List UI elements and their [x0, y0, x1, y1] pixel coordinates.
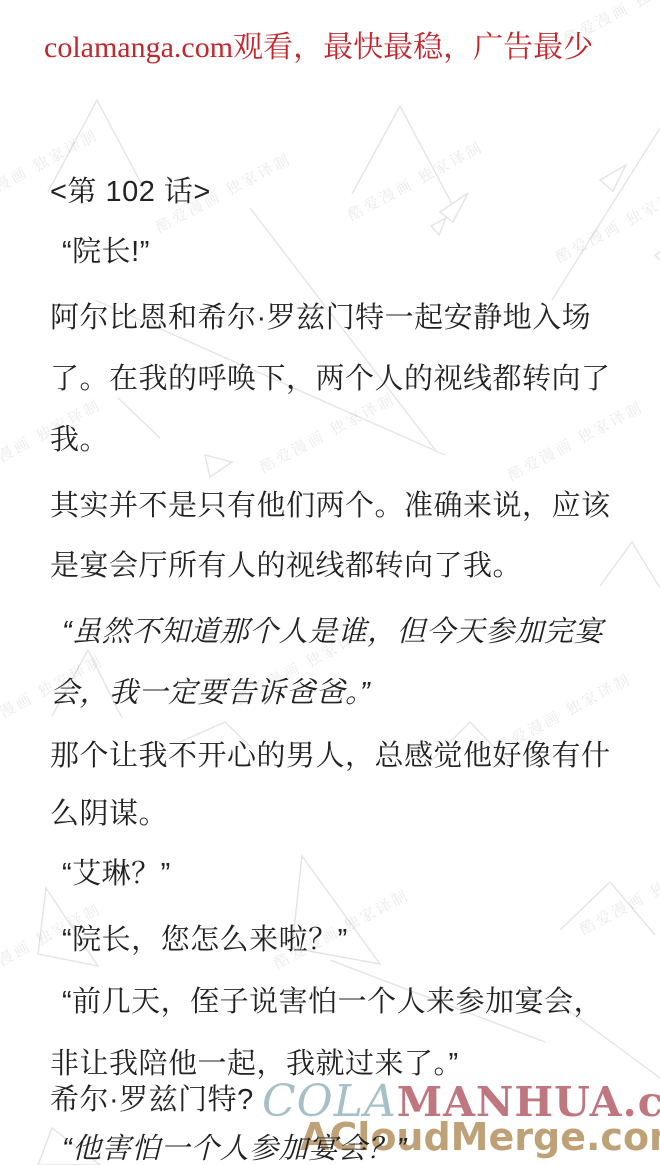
text-line: 是宴会厅所有人的视线都转向了我。: [50, 552, 522, 581]
text-line: 那个让我不开心的男人，总感觉他好像有什: [50, 742, 611, 771]
background-watermark-text: 酷爱漫画 独家译制: [256, 388, 399, 478]
text-line: 非让我陪他一起，我就过来了。”: [50, 1050, 459, 1079]
background-watermark-text: 酷爱漫画 独家译制: [504, 396, 647, 486]
background-watermark-text: 酷爱漫画 独家译制: [552, 178, 660, 268]
text-line: “艾琳？”: [62, 860, 171, 889]
novel-text-page: 酷爱漫画 独家译制 酷爱漫画 独家译制 酷爱漫画 独家译制 酷爱漫画 独家译制 …: [0, 0, 660, 1165]
promo-banner-text: colamanga.com观看，最快最稳，广告最少: [44, 22, 593, 66]
text-line: 会，我一定要告诉爸爸。”: [50, 679, 370, 708]
text-line: 我。: [50, 426, 109, 455]
text-line: 么阴谋。: [50, 800, 168, 829]
text-line: “前几天，侄子说害怕一个人来参加宴会，: [62, 988, 603, 1017]
text-line: 其实并不是只有他们两个。准确来说，应该: [50, 492, 611, 521]
text-line: “虽然不知道那个人是谁，但今天参加完宴: [62, 618, 603, 647]
text-line: “院长，您怎么来啦？”: [62, 926, 348, 955]
text-line: 阿尔比恩和希尔·罗兹门特一起安静地入场: [50, 304, 591, 333]
background-watermark-text: 酷爱漫画 独家译制: [576, 850, 660, 940]
chapter-title: <第 102 话>: [50, 178, 211, 207]
text-line: 希尔·罗兹门特?: [50, 1086, 254, 1115]
text-line: 了。在我的呼唤下，两个人的视线都转向了: [50, 365, 611, 394]
text-line: “院长!”: [62, 238, 150, 267]
text-line: “他害怕一个人参加宴会？”: [62, 1135, 407, 1164]
background-watermark-text: 酷爱漫画 独家译制: [344, 136, 487, 226]
